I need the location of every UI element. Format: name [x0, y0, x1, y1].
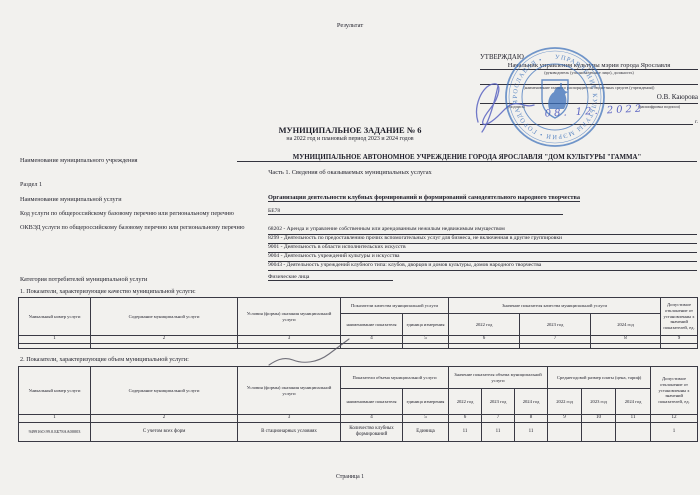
group-values: Значение показателя качества муниципальн…	[449, 298, 661, 314]
service-code-label: Код услуги по общероссийскому базовому п…	[20, 210, 234, 217]
volume-table: Уникальный номер услуги Содержание муниц…	[18, 366, 698, 442]
section-heading: Раздел 1	[20, 181, 42, 188]
col-conditions: Условия (формы) оказания муниципальной у…	[238, 298, 341, 336]
service-name-label: Наименование муниципальной услуги	[20, 196, 122, 203]
cell-value-2022: 11	[449, 423, 482, 442]
col-year: 2024 год	[616, 389, 651, 415]
service-code-value: БЕ78	[268, 208, 563, 215]
date-suffix: г.	[695, 119, 698, 125]
col-year: 2024 год	[591, 314, 661, 336]
category-label: Категория потребителей муниципальной усл…	[20, 276, 147, 283]
column-numbers-row: 12 34 56 78 910 1112	[19, 415, 698, 423]
institution-label: Наименование муниципального учреждения	[20, 157, 137, 164]
col-year: 2022 год	[449, 389, 482, 415]
col-indicator-name: наименование показателя	[341, 389, 403, 415]
bear-emblem	[542, 80, 568, 118]
col-deviation: Допустимое отклонение от установленны х …	[651, 367, 698, 415]
service-name-value: Организация деятельности клубных формиро…	[268, 194, 580, 202]
document-page: Результат УТВЕРЖДАЮ Начальник управления…	[0, 0, 700, 495]
okved-item: 90043 - Деятельность учреждений клубного…	[268, 262, 697, 271]
category-value: Физические лица	[268, 274, 393, 281]
group-payment: Среднегодовой размер платы (цена, тариф)	[548, 367, 651, 389]
cell-pay-2023	[582, 423, 616, 442]
col-year: 2022 год	[548, 389, 582, 415]
part1-heading: Часть 1. Сведения об оказываемых муницип…	[0, 169, 700, 176]
cell-pay-2024	[616, 423, 651, 442]
cell-indicator: Количество клубных формирований	[341, 423, 403, 442]
group-values: Значение показателя объема муниципальной…	[449, 367, 548, 389]
cell-value-2023: 11	[482, 423, 515, 442]
col-unit: единица измерения	[403, 314, 449, 336]
volume-table-heading: 2. Показатели, характеризующие объем мун…	[20, 356, 189, 363]
document-period: на 2022 год и плановый период 2023 и 202…	[0, 136, 700, 142]
col-conditions: Условия (формы) оказания муниципальной у…	[238, 367, 341, 415]
document-title: МУНИЦИПАЛЬНОЕ ЗАДАНИЕ № 6	[0, 126, 700, 135]
col-year: 2023 год	[482, 389, 515, 415]
col-unique: Уникальный номер услуги	[19, 298, 91, 336]
col-year: 2023 год	[582, 389, 616, 415]
group-indicators: Показатели качества муниципальной услуги	[341, 298, 449, 314]
col-deviation: Допустимое отклонение от установленны х …	[661, 298, 698, 336]
okved-item: 9004 - Деятельность учреждений культуры …	[268, 253, 697, 262]
col-year: 2023 год	[520, 314, 591, 336]
quality-table-heading: 1. Показатели, характеризующие качество …	[20, 288, 196, 295]
col-year: 2022 год	[449, 314, 520, 336]
col-year: 2024 год	[515, 389, 548, 415]
col-content: Содержание муниципальной услуги	[91, 367, 238, 415]
col-indicator-name: наименование показателя	[341, 314, 403, 336]
col-unit: единица измерения	[403, 389, 449, 415]
okved-item: 68202 - Аренда и управление собственным …	[268, 226, 697, 235]
col-content: Содержание муниципальной услуги	[91, 298, 238, 336]
cell-content: С учетом всех форм	[91, 423, 238, 442]
column-numbers-row: 12 34 56 78 9	[19, 336, 698, 344]
okved-list: 68202 - Аренда и управление собственным …	[268, 226, 697, 271]
cell-value-2024: 11	[515, 423, 548, 442]
volume-data-row: 949916О.99.0.ББ78АА00003 С учетом всех ф…	[19, 423, 698, 442]
top-note: Результат	[0, 22, 700, 29]
col-unique: Уникальный номер услуги	[19, 367, 91, 415]
quality-table: Уникальный номер услуги Содержание муниц…	[18, 297, 698, 349]
okved-label: ОКВЭД услуги по общероссийскому базовому…	[20, 224, 244, 231]
cell-unit: Единица	[403, 423, 449, 442]
okved-item: 9001 - Деятельность в области исполнител…	[268, 244, 697, 253]
page-number: Страница 1	[0, 474, 700, 480]
cell-unique-number: 949916О.99.0.ББ78АА00003	[19, 423, 91, 442]
cell-deviation: 1	[651, 423, 698, 442]
institution-value: МУНИЦИПАЛЬНОЕ АВТОНОМНОЕ УЧРЕЖДЕНИЕ ГОРО…	[237, 154, 697, 162]
empty-row	[19, 344, 698, 349]
cell-pay-2022	[548, 423, 582, 442]
okved-item: 8299 - Деятельность по предоставлению пр…	[268, 235, 697, 244]
pen-checkmark	[265, 336, 357, 370]
cell-conditions: В стационарных условиях	[238, 423, 341, 442]
group-indicators: Показатели объема муниципальной услуги	[341, 367, 449, 389]
